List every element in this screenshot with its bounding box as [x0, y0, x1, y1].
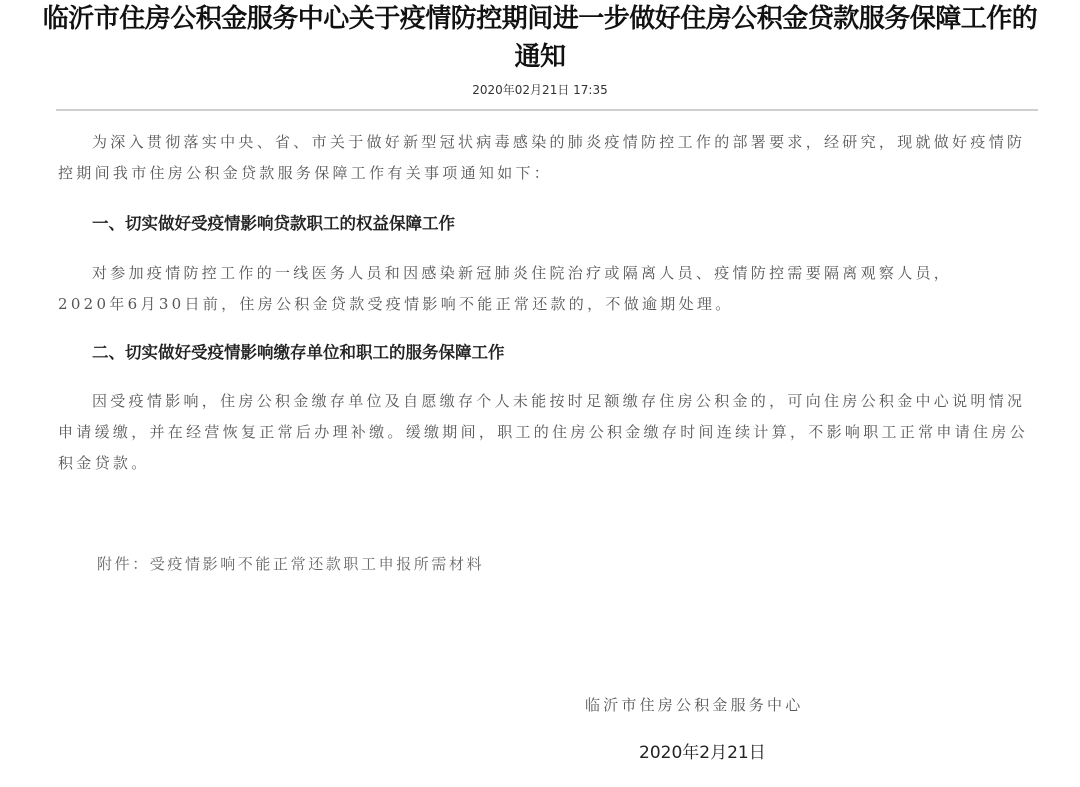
notice-article: 临沂市住房公积金服务中心关于疫情防控期间进一步做好住房公积金贷款服务保障工作的通… — [0, 0, 1080, 787]
signature-organization: 临沂市住房公积金服务中心 — [585, 694, 803, 716]
article-title: 临沂市住房公积金服务中心关于疫情防控期间进一步做好住房公积金贷款服务保障工作的通… — [40, 0, 1040, 76]
section-heading-2: 二、切实做好受疫情影响缴存单位和职工的服务保障工作 — [92, 341, 992, 365]
attachment-link[interactable]: 附件：受疫情影响不能正常还款职工申报所需材料 — [97, 552, 484, 576]
publish-timestamp: 2020年02月21日 17:35 — [0, 82, 1080, 98]
section-paragraph-2: 因受疫情影响，住房公积金缴存单位及自愿缴存个人未能按时足额缴存住房公积金的，可向… — [58, 386, 1038, 479]
title-divider — [56, 109, 1038, 111]
intro-paragraph: 为深入贯彻落实中央、省、市关于做好新型冠状病毒感染的肺炎疫情防控工作的部署要求，… — [58, 127, 1038, 189]
signature-date: 2020年2月21日 — [639, 741, 766, 765]
section-paragraph-1: 对参加疫情防控工作的一线医务人员和因感染新冠肺炎住院治疗或隔离人员、疫情防控需要… — [58, 258, 978, 320]
section-heading-1: 一、切实做好受疫情影响贷款职工的权益保障工作 — [92, 212, 992, 236]
